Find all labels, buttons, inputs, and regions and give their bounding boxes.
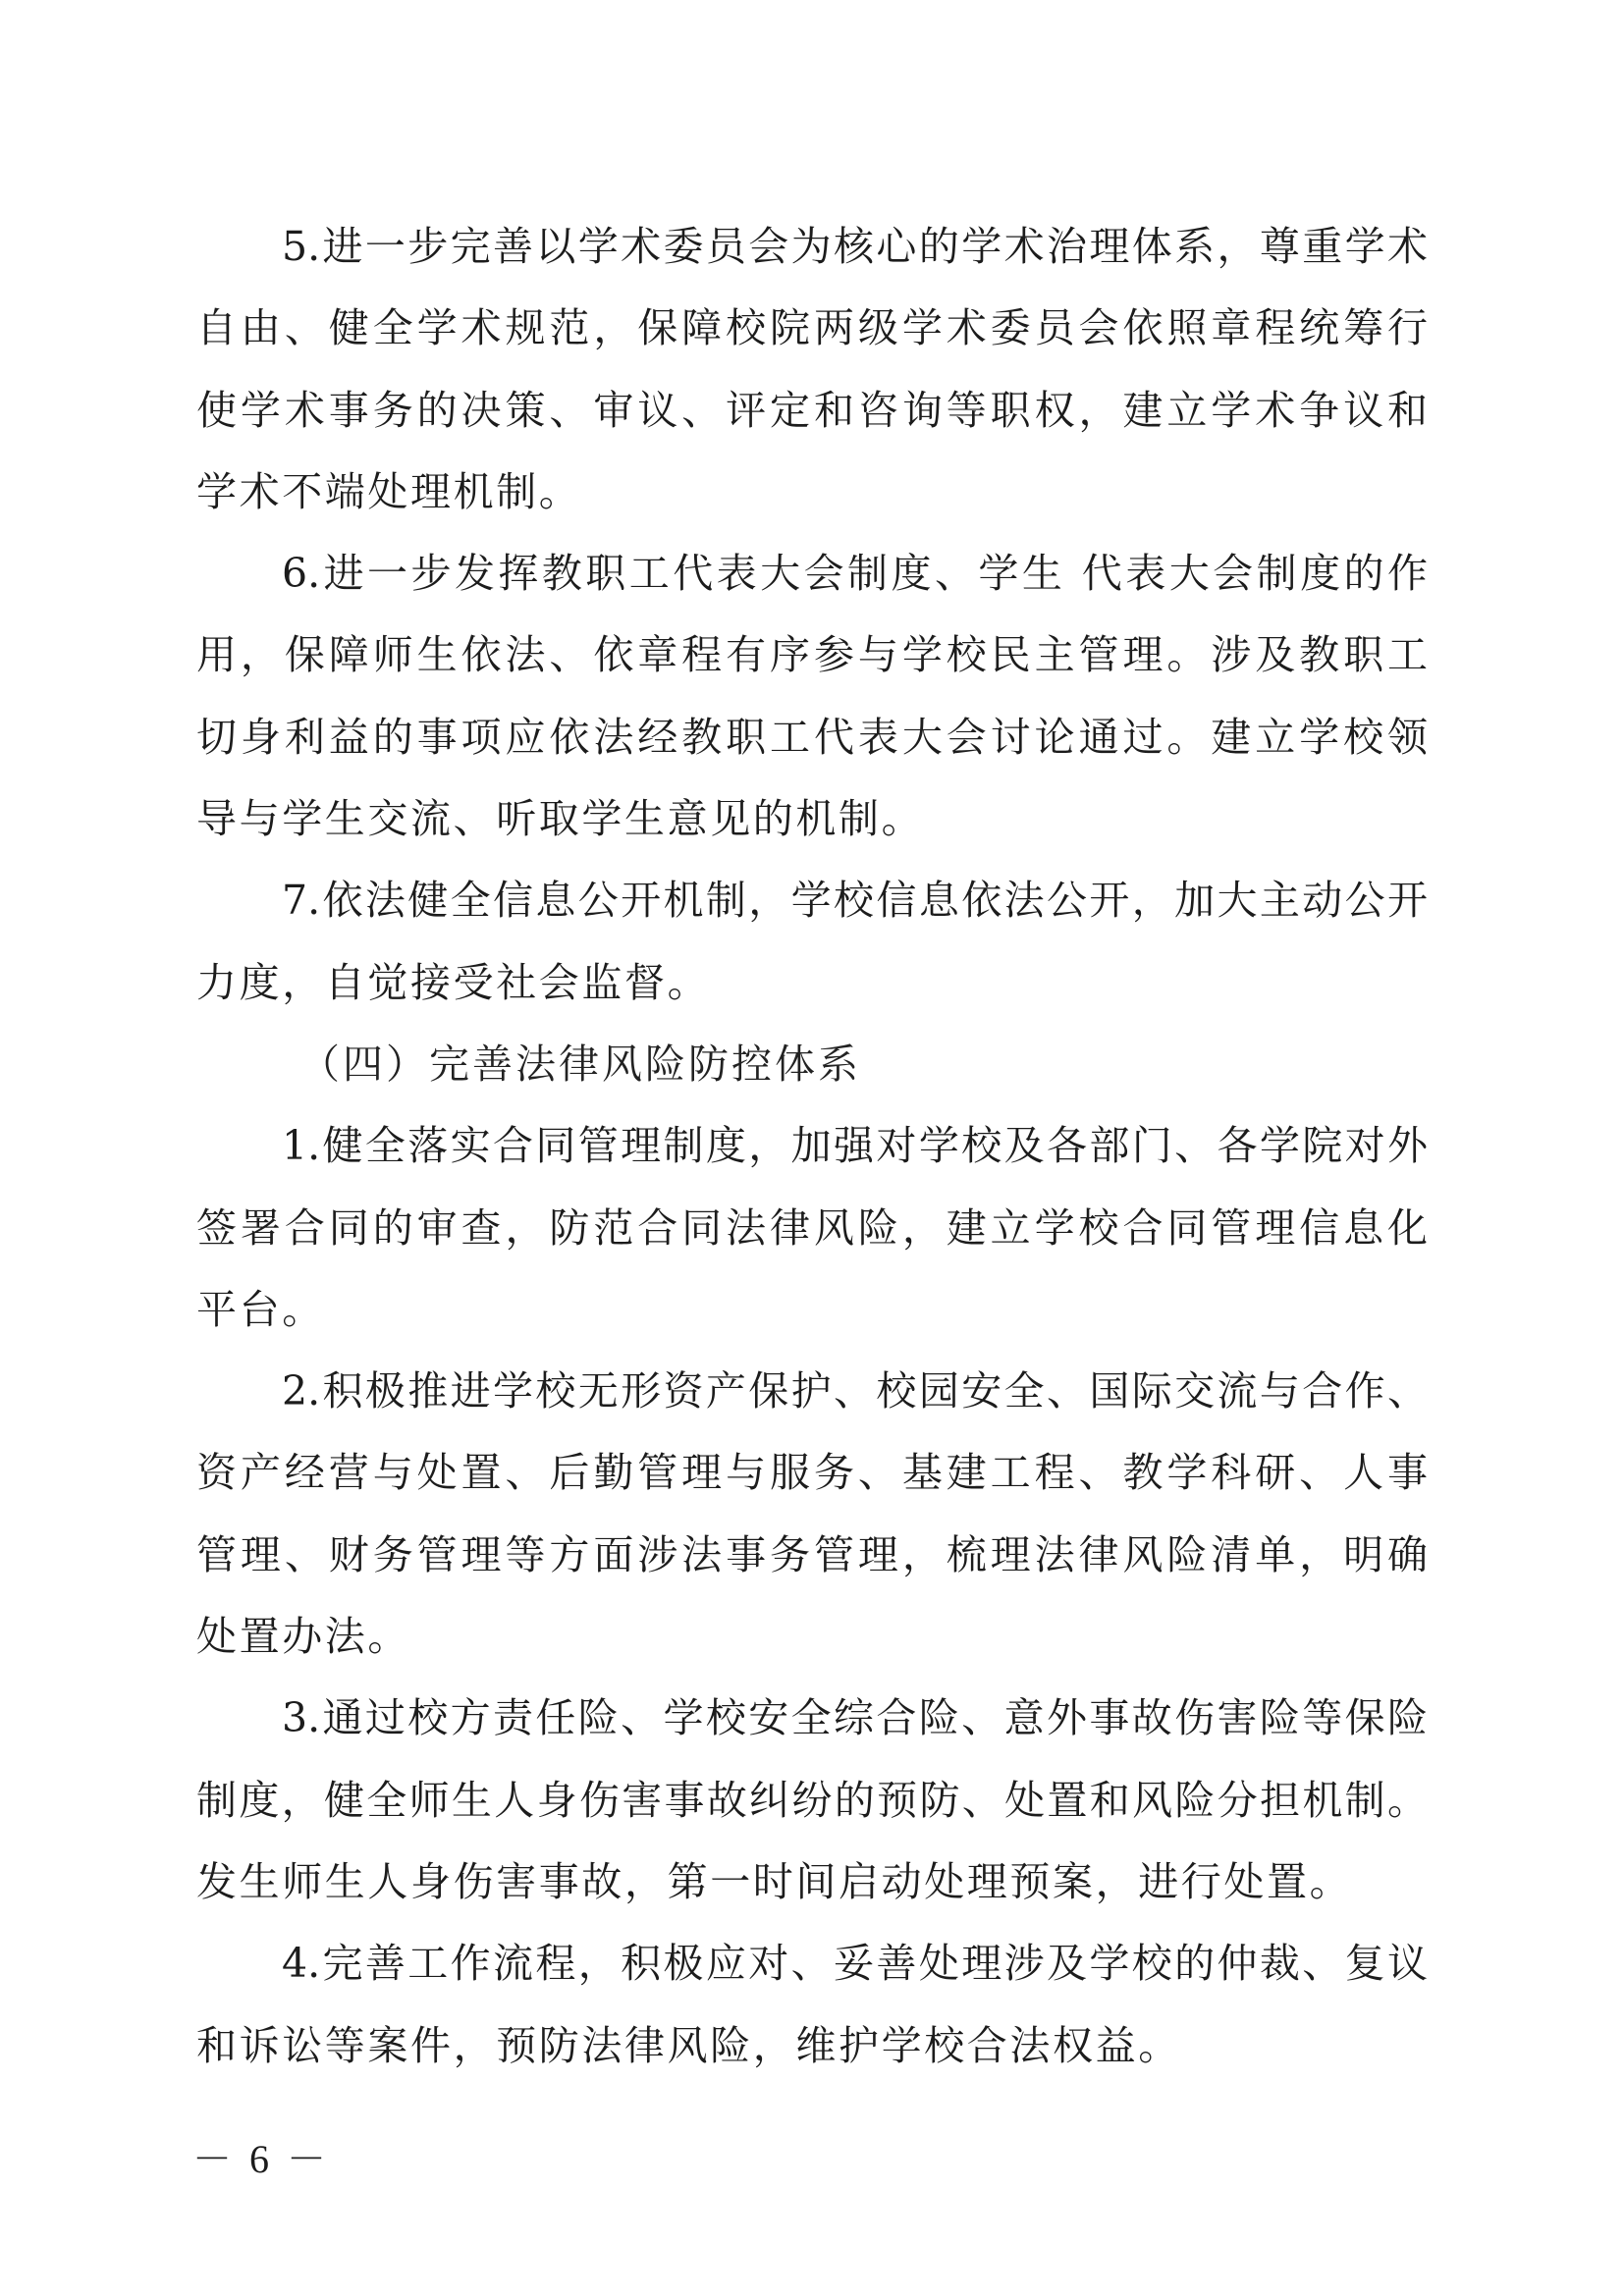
text-line: 导与学生交流、听取学生意见的机制。 (196, 778, 1428, 860)
text-line: 切身利益的事项应依法经教职工代表大会讨论通过。建立学校领 (196, 697, 1428, 778)
paragraph-item-4: 4.完善工作流程，积极应对、妥善处理涉及学校的仲裁、复议 和诉讼等案件，预防法律… (196, 1923, 1428, 2087)
text-line: 发生师生人身伤害事故，第一时间启动处理预案，进行处置。 (196, 1842, 1428, 1923)
text-line: 和诉讼等案件，预防法律风险，维护学校合法权益。 (196, 2005, 1428, 2087)
text-line: 5.进一步完善以学术委员会为核心的学术治理体系，尊重学术 (196, 206, 1428, 288)
text-line: 7.依法健全信息公开机制，学校信息依法公开，加大主动公开 (196, 860, 1428, 941)
page-number: － 6 － (192, 2138, 330, 2181)
text-line: 资产经营与处置、后勤管理与服务、基建工程、教学科研、人事 (196, 1432, 1428, 1514)
text-line: 平台。 (196, 1269, 1428, 1351)
text-line: 4.完善工作流程，积极应对、妥善处理涉及学校的仲裁、复议 (196, 1923, 1428, 2004)
text-line: 管理、财务管理等方面涉法事务管理，梳理法律风险清单，明确 (196, 1515, 1428, 1596)
text-line: 签署合同的审查，防范合同法律风险，建立学校合同管理信息化 (196, 1188, 1428, 1269)
text-line: 1.健全落实合同管理制度，加强对学校及各部门、各学院对外 (196, 1105, 1428, 1187)
paragraph-item-5: 5.进一步完善以学术委员会为核心的学术治理体系，尊重学术 自由、健全学术规范，保… (196, 206, 1428, 533)
text-line: 用，保障师生依法、依章程有序参与学校民主管理。涉及教职工 (196, 614, 1428, 696)
text-line: 使学术事务的决策、审议、评定和咨询等职权，建立学术争议和 (196, 370, 1428, 452)
document-body: 5.进一步完善以学术委员会为核心的学术治理体系，尊重学术 自由、健全学术规范，保… (196, 206, 1428, 2087)
section-heading: （四）完善法律风险防控体系 (196, 1024, 1428, 1105)
text-line: 3.通过校方责任险、学校安全综合险、意外事故伤害险等保险 (196, 1678, 1428, 1759)
text-line: 学术不端处理机制。 (196, 452, 1428, 533)
paragraph-item-1: 1.健全落实合同管理制度，加强对学校及各部门、各学院对外 签署合同的审查，防范合… (196, 1105, 1428, 1351)
text-line: 制度，健全师生人身伤害事故纠纷的预防、处置和风险分担机制。 (196, 1760, 1428, 1842)
paragraph-item-7: 7.依法健全信息公开机制，学校信息依法公开，加大主动公开 力度，自觉接受社会监督… (196, 860, 1428, 1024)
paragraph-item-3: 3.通过校方责任险、学校安全综合险、意外事故伤害险等保险 制度，健全师生人身伤害… (196, 1678, 1428, 1923)
paragraph-item-2: 2.积极推进学校无形资产保护、校园安全、国际交流与合作、 资产经营与处置、后勤管… (196, 1351, 1428, 1678)
text-line: 力度，自觉接受社会监督。 (196, 942, 1428, 1024)
text-line: 处置办法。 (196, 1596, 1428, 1678)
paragraph-item-6: 6.进一步发挥教职工代表大会制度、学生 代表大会制度的作 用，保障师生依法、依章… (196, 533, 1428, 860)
document-page: 5.进一步完善以学术委员会为核心的学术治理体系，尊重学术 自由、健全学术规范，保… (0, 0, 1624, 2296)
text-line: 6.进一步发挥教职工代表大会制度、学生 代表大会制度的作 (196, 533, 1428, 614)
text-line: 2.积极推进学校无形资产保护、校园安全、国际交流与合作、 (196, 1351, 1428, 1432)
section-heading-text: （四）完善法律风险防控体系 (196, 1024, 1428, 1105)
text-line: 自由、健全学术规范，保障校院两级学术委员会依照章程统筹行 (196, 288, 1428, 369)
